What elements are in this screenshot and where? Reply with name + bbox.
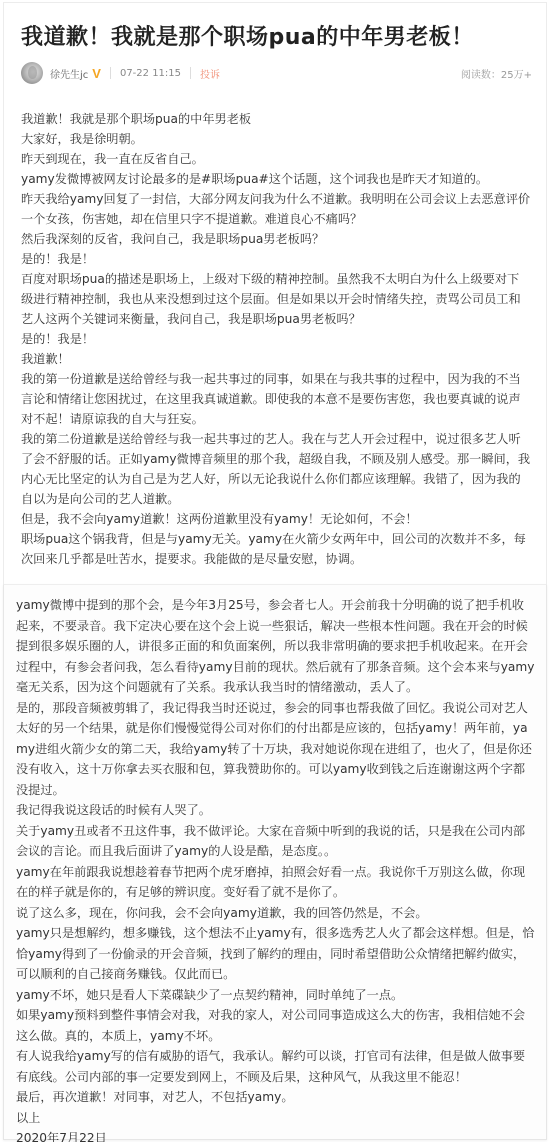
paragraph: 以上 <box>16 1108 536 1129</box>
paragraph-list: yamy微博中提到的那个会，是今年3月25号，参会者七人。开会前我十分明确的说了… <box>16 595 536 1142</box>
paragraph: 关于yamy丑或者不丑这件事，我不做评论。大家在音频中听到的我说的话，只是我在公… <box>16 821 536 862</box>
divider <box>190 67 191 79</box>
paragraph: 百度对职场pua的描述是职场上，上级对下级的精神控制。虽然我不太明白为什么上级要… <box>21 269 531 329</box>
paragraph: 我记得我说这段话的时候有人哭了。 <box>16 800 536 821</box>
paragraph: 说了这么多，现在，你问我，会不会向yamy道歉，我的回答仍然是，不会。 <box>16 903 536 924</box>
paragraph: yamy不坏，她只是看人下菜碟缺少了一点契约精神，同时单纯了一点。 <box>16 985 536 1006</box>
paragraph: 有人说我给yamy写的信有威胁的语气，我承认。解约可以谈，打官司有法律，但是做人… <box>16 1046 536 1087</box>
read-count: 阅读数：25万+ <box>461 66 532 81</box>
paragraph: 然后我深刻的反省，我问自己，我是职场pua男老板吗？ <box>21 229 531 249</box>
report-link[interactable]: 投诉 <box>200 66 220 81</box>
post-timestamp: 07-22 11:15 <box>120 68 181 79</box>
paragraph: 昨天到现在，我一直在反省自己。 <box>21 149 531 169</box>
divider <box>110 67 111 79</box>
page-title: 我道歉！我就是那个职场pua的中年男老板！ <box>21 23 474 53</box>
paragraph: 大家好，我是徐明朝。 <box>21 129 531 149</box>
paragraph: yamy发微博被网友讨论最多的是#职场pua#这个话题，这个词我也是昨天才知道的… <box>21 169 531 189</box>
paragraph: 最后，再次道歉！对同事，对艺人，不包括yamy。 <box>16 1087 536 1108</box>
post-meta: 徐先生jc V 07-22 11:15 投诉 阅读数：25万+ <box>21 61 532 85</box>
paragraph: 是的，那段音频被剪辑了，我记得我当时还说过，参会的同事也帮我做了回忆。我说公司对… <box>16 698 536 801</box>
paragraph: yamy在年前跟我说想趁着春节把两个虎牙磨掉，拍照会好看一点。我说你千万别这么做… <box>16 862 536 903</box>
paragraph: 如果yamy预料到整件事情会对我，对我的家人，对公司同事造成这么大的伤害，我相信… <box>16 1005 536 1046</box>
post-header: 我道歉！我就是那个职场pua的中年男老板！ 徐先生jc V 07-22 11:1… <box>3 2 547 88</box>
paragraph: 我道歉！我就是那个职场pua的中年男老板 <box>21 109 531 129</box>
paragraph: yamy只是想解约，想多赚钱，这个想法不止yamy有，很多选秀艺人火了都会这样想… <box>16 923 536 985</box>
paragraph: 昨天我给yamy回复了一封信，大部分网友问我为什么不道歉。我明明在公司会议上去恶… <box>21 189 531 229</box>
paragraph: 职场pua这个锅我背，但是与yamy无关。yamy在火箭少女两年中，回公司的次数… <box>21 529 531 569</box>
paragraph: 是的！我是！ <box>21 249 531 269</box>
verified-badge-icon: V <box>92 67 101 80</box>
paragraph-list: 我道歉！我就是那个职场pua的中年男老板 大家好，我是徐明朝。 昨天到现在，我一… <box>21 109 531 569</box>
paragraph: 我道歉！ <box>21 349 531 369</box>
paragraph: yamy微博中提到的那个会，是今年3月25号，参会者七人。开会前我十分明确的说了… <box>16 595 536 698</box>
paragraph: 但是，我不会向yamy道歉！这两份道歉里没有yamy！无论如何，不会！ <box>21 509 531 529</box>
author-name[interactable]: 徐先生jc <box>50 66 88 81</box>
article-body-part-1: 我道歉！我就是那个职场pua的中年男老板 大家好，我是徐明朝。 昨天到现在，我一… <box>3 88 547 584</box>
paragraph: 我的第二份道歉是送给曾经与我一起共事过的艺人。我在与艺人开会过程中，说过很多艺人… <box>21 429 531 509</box>
paragraph: 我的第一份道歉是送给曾经与我一起共事过的同事，如果在与我共事的过程中，因为我的不… <box>21 369 531 429</box>
paragraph: 是的！我是！ <box>21 329 531 349</box>
article-body-part-2: yamy微博中提到的那个会，是今年3月25号，参会者七人。开会前我十分明确的说了… <box>3 584 547 1140</box>
avatar[interactable] <box>21 62 43 84</box>
paragraph: 2020年7月22日 <box>16 1128 536 1142</box>
